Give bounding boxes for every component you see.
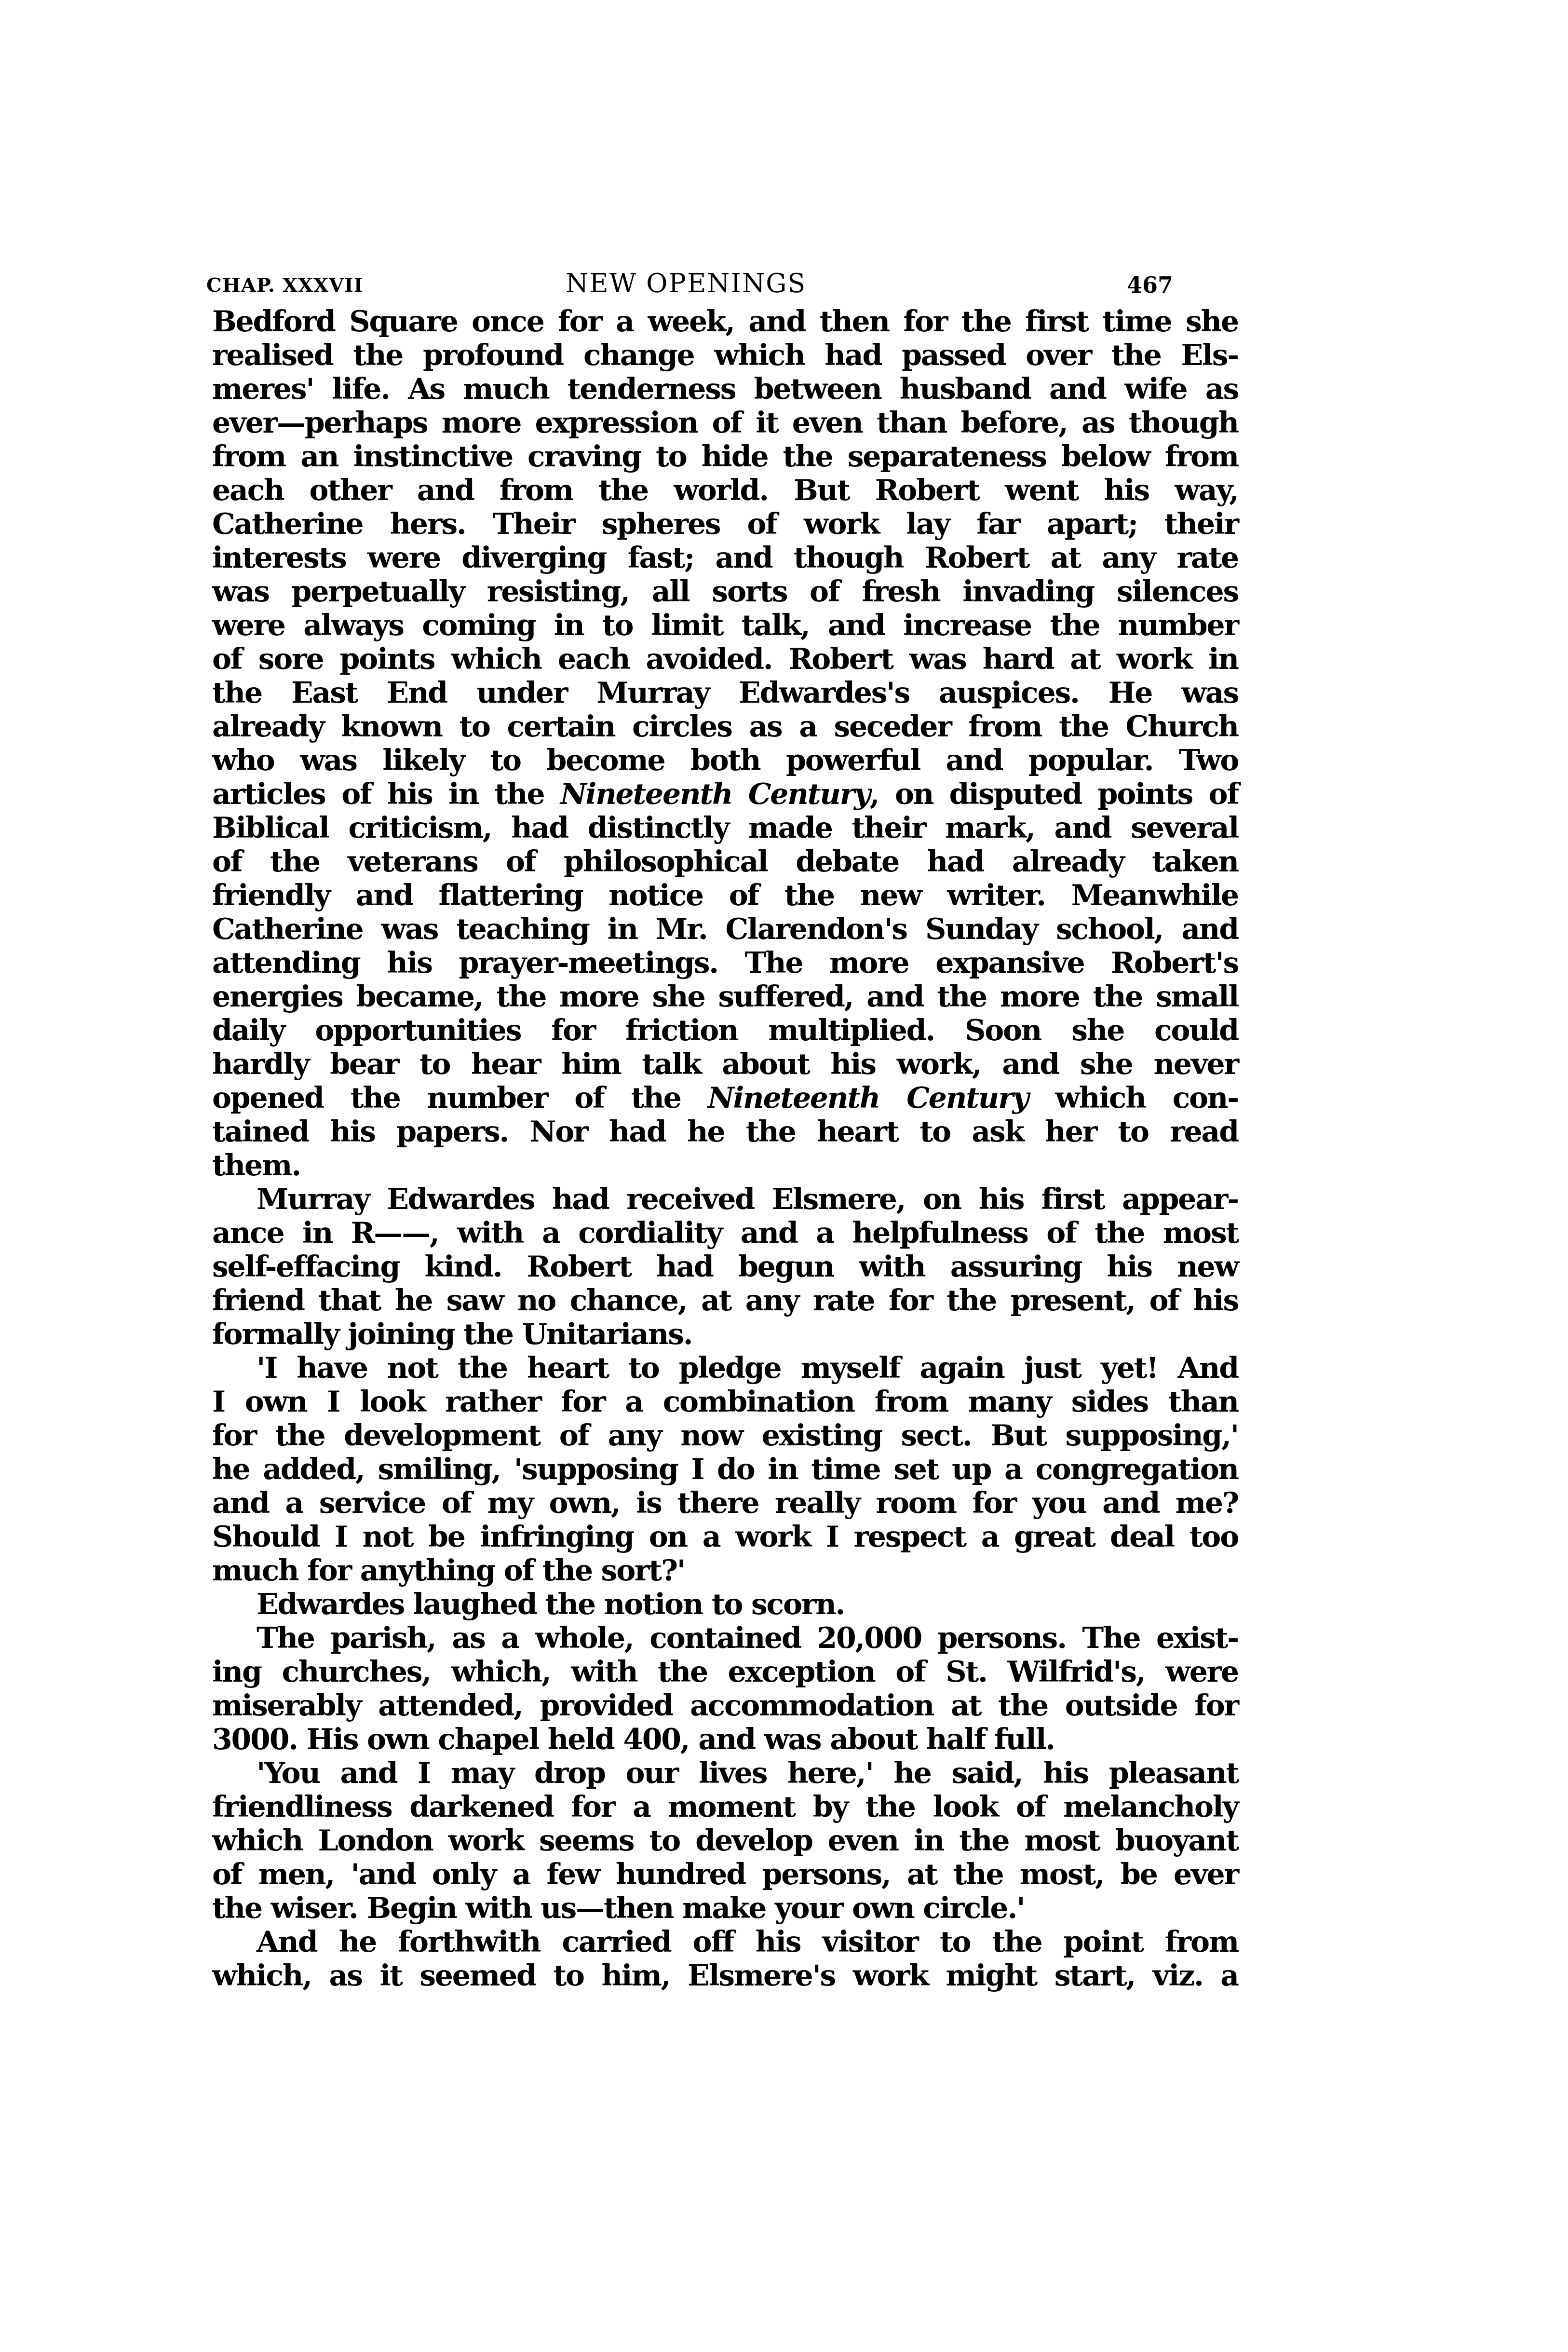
text-line: hardly bear to hear him talk about his w… <box>212 1047 1238 1081</box>
text-line: Murray Edwardes had received Elsmere, on… <box>212 1183 1238 1216</box>
text-line: the East End under Murray Edwardes's aus… <box>212 676 1238 710</box>
text-line: Catherine hers. Their spheres of work la… <box>212 507 1238 541</box>
text-line: 'You and I may drop our lives here,' he … <box>212 1756 1238 1790</box>
text-line: tained his papers. Nor had he the heart … <box>212 1115 1238 1149</box>
text-line: the wiser. Begin with us—then make your … <box>212 1891 1238 1925</box>
chapter-title: NEW OPENINGS <box>566 268 806 299</box>
text-line: of the veterans of philosophical debate … <box>212 845 1238 879</box>
italic-title: Nineteenth Century <box>560 777 870 811</box>
text-run: articles of his in the <box>212 777 560 811</box>
text-line: 'I have not the heart to pledge myself a… <box>212 1351 1238 1385</box>
text-line: which, as it seemed to him, Elsmere's wo… <box>212 1959 1238 1993</box>
text-line: friendly and flattering notice of the ne… <box>212 879 1238 912</box>
text-line: ing churches, which, with the exception … <box>212 1655 1238 1689</box>
text-line: already known to certain circles as a se… <box>212 710 1238 744</box>
text-line: Should I not be infringing on a work I r… <box>212 1520 1238 1554</box>
text-line: were always coming in to limit talk, and… <box>212 609 1238 642</box>
text-run: , on disputed points of <box>870 777 1238 811</box>
running-head: CHAP. XXXVII NEW OPENINGS 467 <box>206 268 1248 297</box>
italic-title: Nineteenth Century <box>708 1081 1028 1115</box>
text-line: The parish, as a whole, contained 20,000… <box>212 1621 1238 1655</box>
body-text: Bedford Square once for a week, and then… <box>212 305 1238 1993</box>
text-line: which London work seems to develop even … <box>212 1824 1238 1858</box>
text-line: of men, 'and only a few hundred persons,… <box>212 1858 1238 1891</box>
text-line: self-effacing kind. Robert had begun wit… <box>212 1250 1238 1284</box>
text-run: which con- <box>1028 1081 1238 1115</box>
text-line: energies became, the more she suffered, … <box>212 980 1238 1014</box>
text-line: Biblical criticism, had distinctly made … <box>212 811 1238 845</box>
text-line: from an instinctive craving to hide the … <box>212 440 1238 474</box>
text-line: opened the number of the Nineteenth Cent… <box>212 1081 1238 1115</box>
page-number: 467 <box>1127 272 1173 298</box>
text-line: for the development of any now existing … <box>212 1419 1238 1453</box>
text-line: ance in R——, with a cordiality and a hel… <box>212 1216 1238 1250</box>
text-line: and a service of my own, is there really… <box>212 1486 1238 1520</box>
text-line: meres' life. As much tenderness between … <box>212 372 1238 406</box>
text-line: each other and from the world. But Rober… <box>212 474 1238 507</box>
text-line: who was likely to become both powerful a… <box>212 744 1238 777</box>
text-line: miserably attended, provided accommodati… <box>212 1689 1238 1723</box>
text-line: attending his prayer-meetings. The more … <box>212 946 1238 980</box>
chapter-label: CHAP. XXXVII <box>206 274 364 297</box>
text-line: daily opportunities for friction multipl… <box>212 1014 1238 1047</box>
text-line: of sore points which each avoided. Rober… <box>212 642 1238 676</box>
text-line: 3000. His own chapel held 400, and was a… <box>212 1723 1238 1756</box>
text-line: interests were diverging fast; and thoug… <box>212 541 1238 575</box>
text-run: opened the number of the <box>212 1081 708 1115</box>
text-line: And he forthwith carried off his visitor… <box>212 1925 1238 1959</box>
text-line: I own I look rather for a combination fr… <box>212 1385 1238 1419</box>
book-page: CHAP. XXXVII NEW OPENINGS 467 Bedford Sq… <box>0 0 1568 2352</box>
text-line: Edwardes laughed the notion to scorn. <box>212 1588 1238 1621</box>
text-line: friendliness darkened for a moment by th… <box>212 1790 1238 1824</box>
text-line: he added, smiling, 'supposing I do in ti… <box>212 1453 1238 1486</box>
text-line: articles of his in the Nineteenth Centur… <box>212 777 1238 811</box>
text-line: realised the profound change which had p… <box>212 339 1238 372</box>
text-line: friend that he saw no chance, at any rat… <box>212 1284 1238 1318</box>
text-line: formally joining the Unitarians. <box>212 1318 1238 1351</box>
text-line: them. <box>212 1149 1238 1183</box>
text-line: ever—perhaps more expression of it even … <box>212 406 1238 440</box>
text-line: Catherine was teaching in Mr. Clarendon'… <box>212 912 1238 946</box>
text-line: Bedford Square once for a week, and then… <box>212 305 1238 339</box>
text-line: was perpetually resisting, all sorts of … <box>212 575 1238 609</box>
text-line: much for anything of the sort?' <box>212 1554 1238 1588</box>
